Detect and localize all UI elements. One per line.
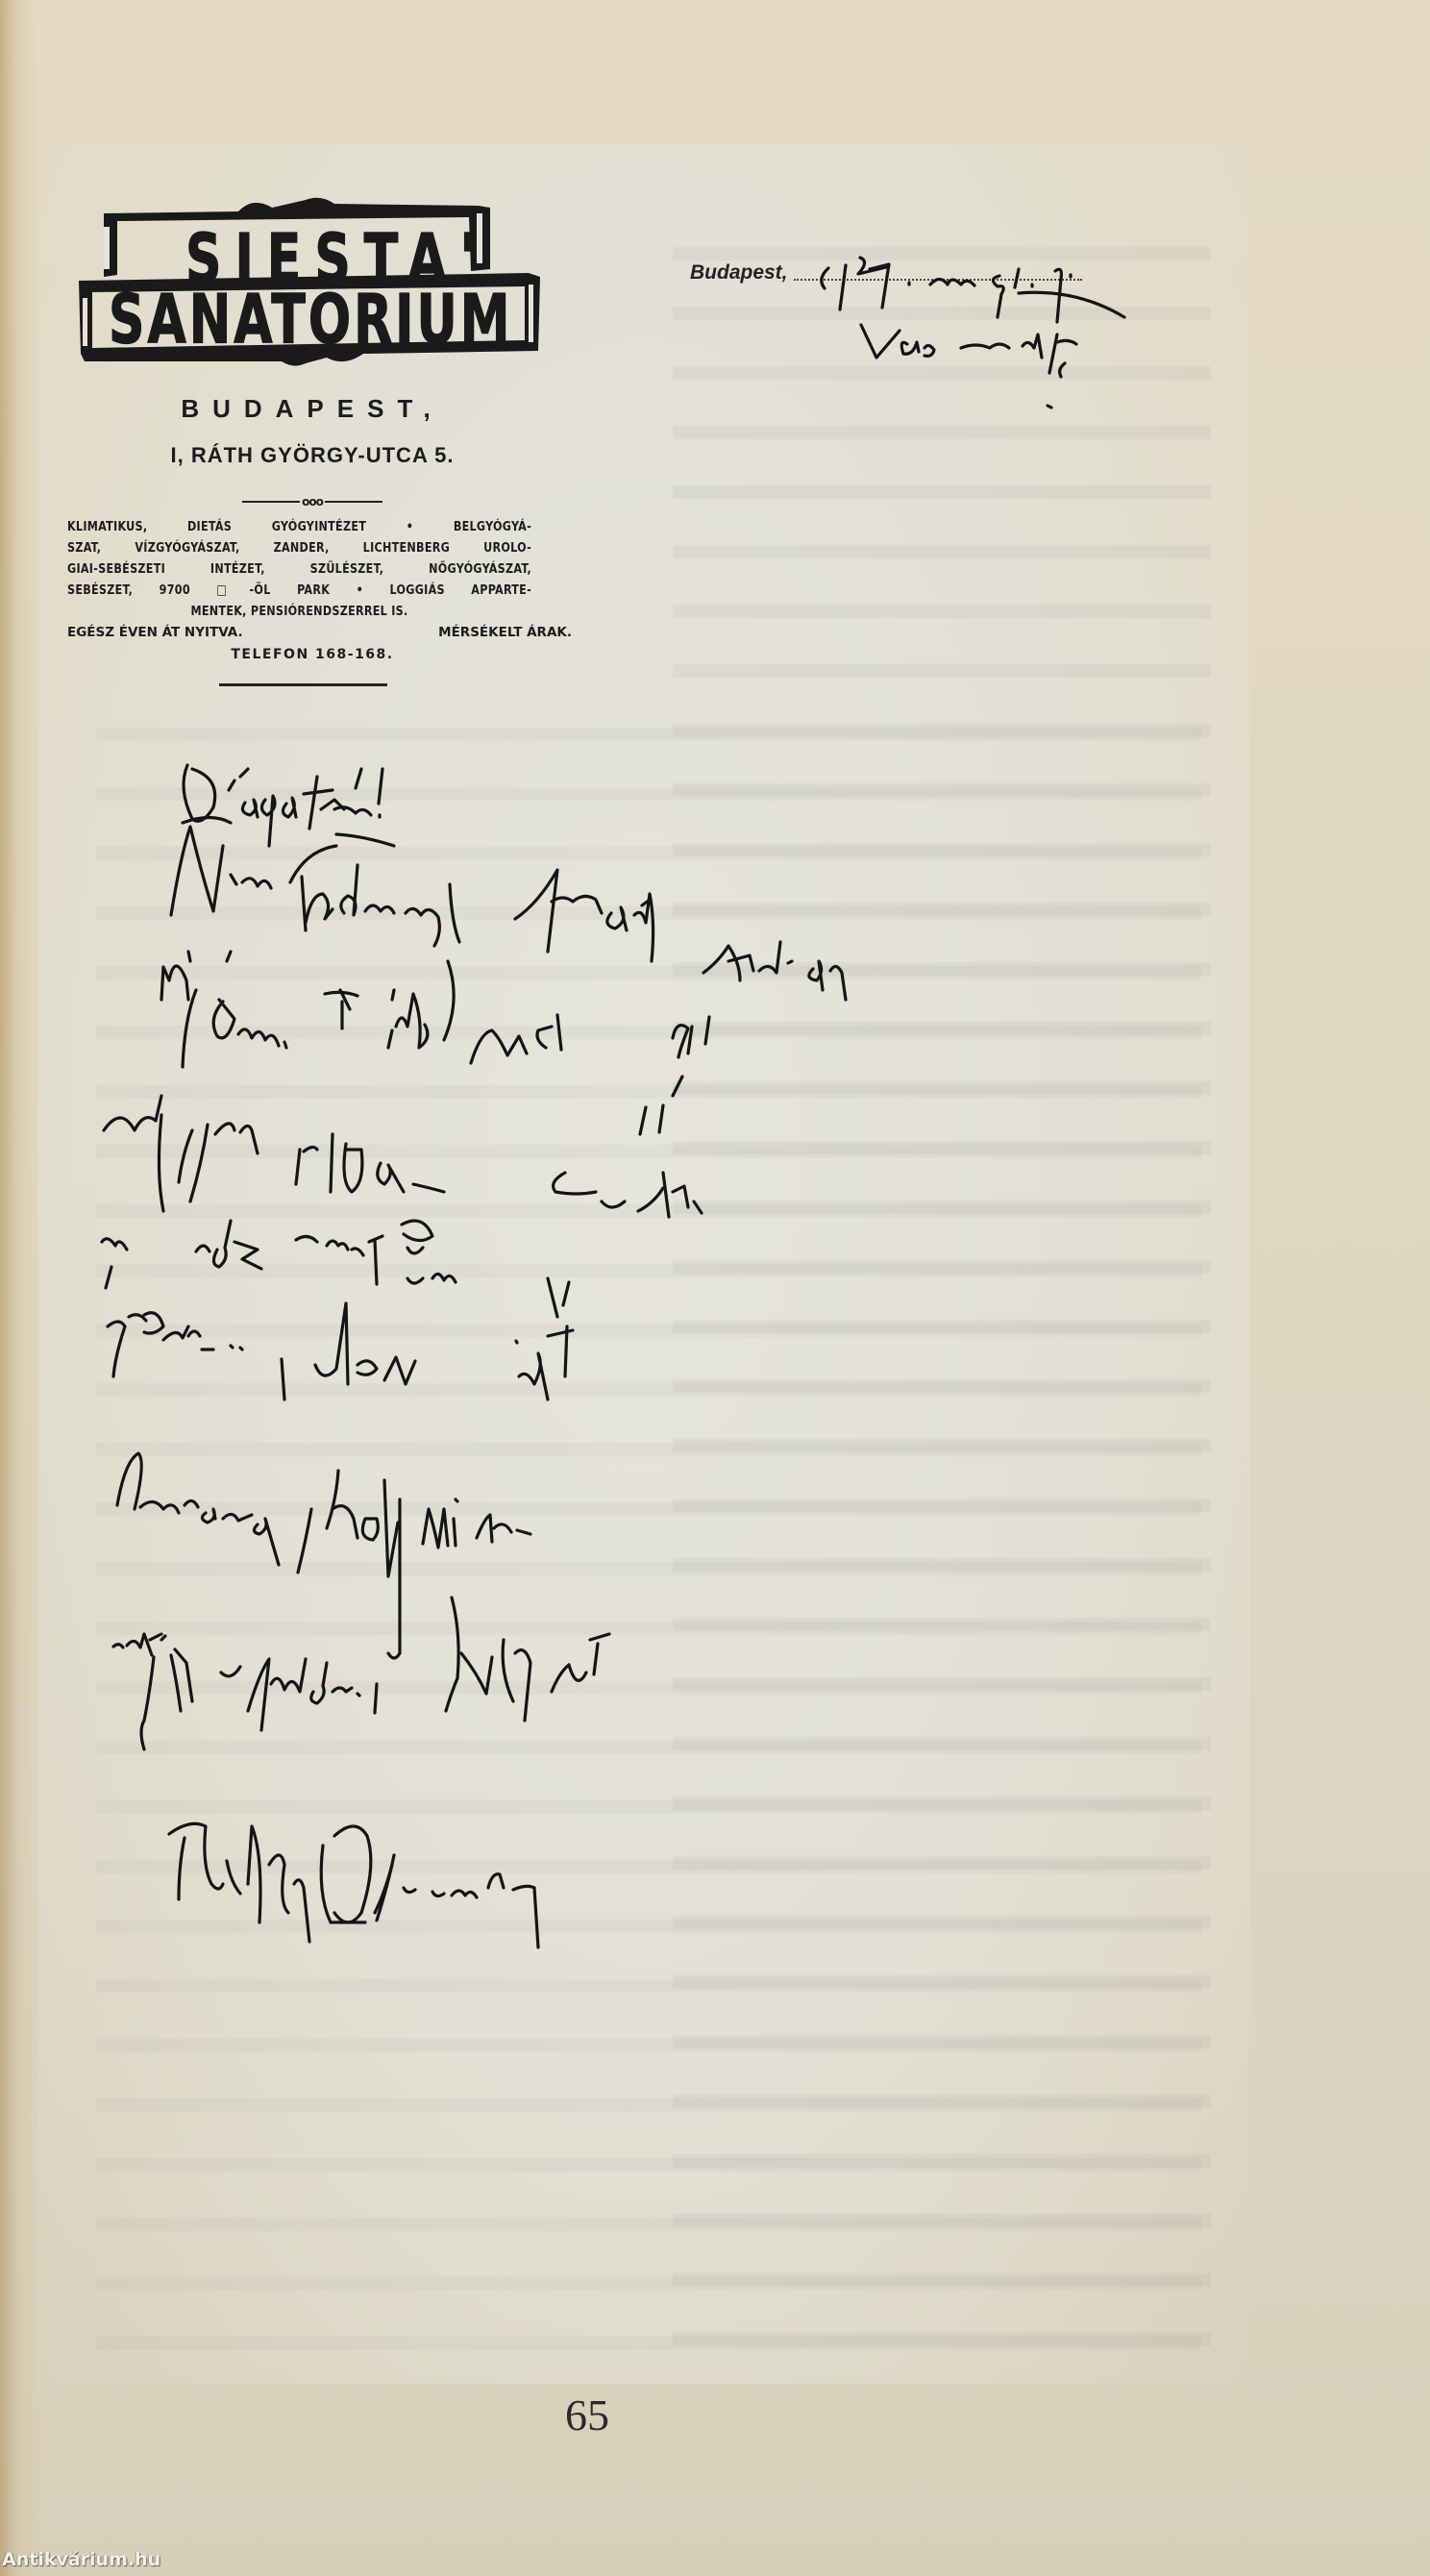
page-number: 65 [565,2390,609,2440]
handwriting-strokes [0,0,1430,2576]
watermark: Antikvárium.hu [2,2549,160,2570]
